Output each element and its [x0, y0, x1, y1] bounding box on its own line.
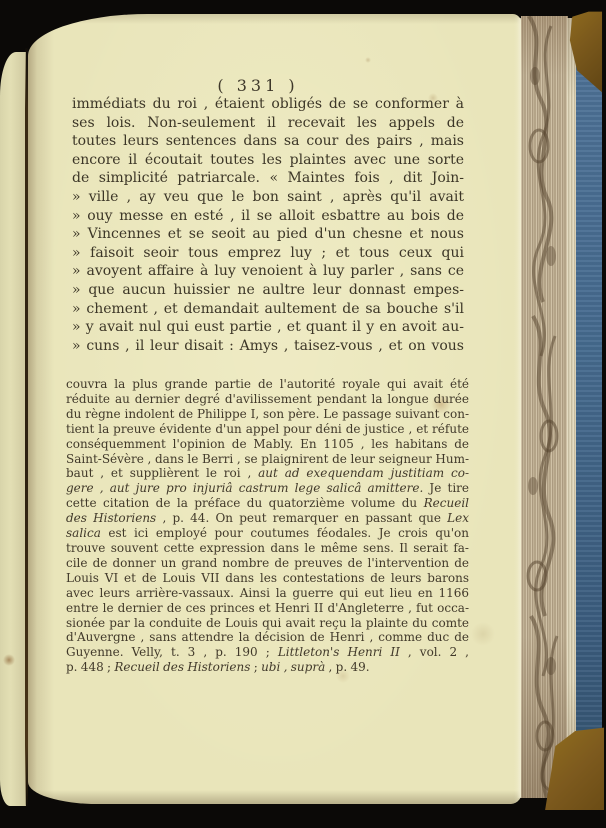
text-line: gere , aut jure pro injuriâ castrum lege…	[66, 481, 469, 496]
text-line: immédiats du roi , étaient obligés de se…	[72, 95, 464, 114]
text-line: » chement , et demandait aultement de sa…	[72, 300, 464, 319]
text-line: » que aucun huissier ne aultre leur donn…	[72, 281, 464, 300]
text-line: entre le dernier de ces princes et Henri…	[66, 601, 469, 616]
text-line: cile de donner un grand nombre de preuve…	[66, 556, 469, 571]
text-line: tient la preuve évidente d'un appel pour…	[66, 422, 469, 437]
text-line: » ouy messe en esté , il se alloit esbat…	[72, 207, 464, 226]
fore-edge-marbled	[521, 16, 568, 798]
text-line: d'Auvergne , sans attendre la décision d…	[66, 630, 469, 645]
footnote: couvra la plus grande partie de l'autori…	[66, 377, 469, 675]
text-line: des Historiens , p. 44. On peut remarque…	[66, 511, 469, 526]
text-line: toutes leurs sentences dans sa cour des …	[72, 132, 464, 151]
text-line: couvra la plus grande partie de l'autori…	[66, 377, 469, 392]
text-line: Guyenne. Velly, t. 3 , p. 190 ; Littleto…	[66, 645, 469, 660]
text-line: p. 448 ; Recueil des Historiens ; ubi , …	[66, 660, 469, 675]
text-line: Louis VI et de Louis VII dans les contes…	[66, 571, 469, 586]
page-number: ( 331 )	[88, 76, 428, 95]
text-line: ses lois. Non-seulement il recevait les …	[72, 114, 464, 133]
text-line: » avoyent affaire à luy venoient à luy p…	[72, 262, 464, 281]
book-scan: ( 331 ) immédiats du roi , étaient oblig…	[0, 0, 606, 828]
text-line: de simplicité patriarcale. « Maintes foi…	[72, 169, 464, 188]
text-line: réduite au dernier degré d'avilissement …	[66, 392, 469, 407]
text-line: cette citation de la préface du quatorzi…	[66, 496, 469, 511]
text-line: conséquemment l'opinion de Mably. En 110…	[66, 437, 469, 452]
text-line: » Vincennes et se seoit au pied d'un che…	[72, 225, 464, 244]
facing-page-edge	[0, 52, 26, 806]
text-line: trouve souvent cette expression dans le …	[66, 541, 469, 556]
text-line: Saint-Sévère , dans le Berri , se plaign…	[66, 452, 469, 467]
text-line: baut , et supplièrent le roi , aut ad ex…	[66, 466, 469, 481]
book-cover-edge	[576, 20, 602, 810]
text-line: » cuns , il leur disait : Amys , taisez-…	[72, 337, 464, 356]
marbling-pattern	[521, 16, 568, 798]
text-line: du règne indolent de Philippe I, son pèr…	[66, 407, 469, 422]
book-page: ( 331 ) immédiats du roi , étaient oblig…	[28, 14, 523, 804]
text-line: sionée par la conduite de Louis qui avai…	[66, 616, 469, 631]
main-text: immédiats du roi , étaient obligés de se…	[72, 95, 464, 355]
text-line: » faisoit seoir tous emprez luy ; et tou…	[72, 244, 464, 263]
text-line: » y avait nul qui eust partie , et quant…	[72, 318, 464, 337]
text-line: encore il écoutait toutes les plaintes a…	[72, 151, 464, 170]
text-line: » ville , ay veu que le bon saint , aprè…	[72, 188, 464, 207]
text-line: salica est ici employé pour coutumes féo…	[66, 526, 469, 541]
text-line: avec leurs arrière-vassaux. Ainsi la gue…	[66, 586, 469, 601]
